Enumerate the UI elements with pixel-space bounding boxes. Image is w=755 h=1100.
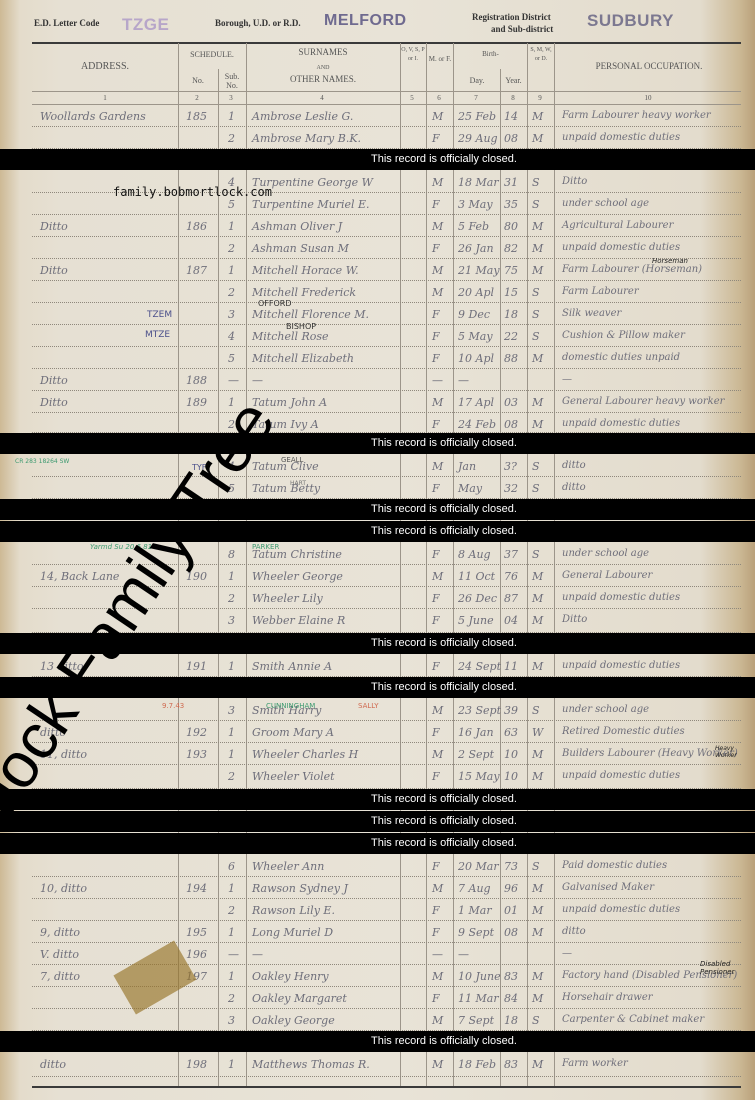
cell-ms: M (532, 992, 543, 1005)
cell-day: 7 Sept (458, 1014, 494, 1027)
cell-name: Mitchell Elizabeth (252, 352, 354, 365)
cell-day: 23 Sept (458, 704, 501, 717)
closed-record-bar: This record is officially closed. (0, 789, 755, 810)
cell-year: 35 (504, 198, 518, 211)
col-schedule-sub: Sub. No. (220, 72, 244, 90)
cell-sex: F (432, 726, 440, 739)
cell-sub: 4 (228, 330, 235, 343)
row-rule (32, 368, 741, 369)
cell-sub: 1 (228, 396, 235, 409)
cell-address: 14, Back Lane (40, 570, 119, 583)
cell-year: 08 (504, 418, 518, 431)
cell-ms: M (532, 396, 543, 409)
cell-day: 16 Jan (458, 726, 494, 739)
cell-sex: M (432, 1058, 443, 1071)
cell-sub: 1 (228, 748, 235, 761)
col-birth-day: Day. (454, 76, 500, 85)
cell-occ: Carpenter & Cabinet maker (562, 1014, 704, 1025)
cell-occ: Cushion & Pillow maker (562, 330, 685, 341)
cell-year: 83 (504, 970, 518, 983)
cell-day: Jan (458, 460, 476, 473)
cell-year: 04 (504, 614, 518, 627)
cell-year: 82 (504, 242, 518, 255)
cell-name: Ambrose Leslie G. (252, 110, 353, 123)
cell-sex: M (432, 396, 443, 409)
closed-record-bar: This record is officially closed. (0, 633, 755, 654)
cell-sex: F (432, 614, 440, 627)
cell-year: 76 (504, 570, 518, 583)
cell-day: 9 Sept (458, 926, 494, 939)
row-rule (32, 476, 741, 477)
cell-year: 10 (504, 748, 518, 761)
header-subrule (32, 91, 741, 92)
closed-record-text: This record is officially closed. (371, 677, 517, 698)
cell-sub: 3 (228, 614, 235, 627)
cell-sex: — (432, 948, 443, 961)
cell-occ: ditto (562, 482, 586, 493)
cell-ms: M (532, 352, 543, 365)
cell-name: Webber Elaine R (252, 614, 345, 627)
cell-sex: M (432, 176, 443, 189)
census-page: E.D. Letter Code TZGE Borough, U.D. or R… (0, 0, 755, 1100)
closed-record-text: This record is officially closed. (371, 433, 517, 454)
annotation-cr-note: CR 283 18264 SW (15, 458, 69, 465)
cell-sub: 1 (228, 882, 235, 895)
cell-occ: Galvanised Maker (562, 882, 654, 893)
col-sex: M. or F. (427, 55, 453, 64)
col-ovspi: O, V, S, P or I. (401, 46, 425, 64)
cell-occ: domestic duties unpaid (562, 352, 680, 363)
cell-sex: M (432, 286, 443, 299)
row-rule (32, 764, 741, 765)
cell-name: Mitchell Rose (252, 330, 329, 343)
cell-sub: 6 (228, 860, 235, 873)
cell-ms: M (532, 570, 543, 583)
cell-year: 3? (504, 460, 517, 473)
cell-occ: ditto (562, 460, 586, 471)
cell-ms: S (532, 704, 540, 717)
closed-record-text: This record is officially closed. (371, 789, 517, 810)
cell-name: Oakley Margaret (252, 992, 347, 1005)
footer-rule (32, 1086, 741, 1088)
row-rule (32, 742, 741, 743)
cell-name: Turpentine Muriel E. (252, 198, 370, 211)
cell-ms: M (532, 926, 543, 939)
cell-day: 11 Oct (458, 570, 495, 583)
cell-year: 31 (504, 176, 518, 189)
cell-occ: General Labourer (562, 570, 652, 581)
annotation-hart: HART (290, 480, 306, 487)
cell-ms: S (532, 330, 540, 343)
closed-record-bar: This record is officially closed. (0, 833, 755, 854)
cell-occ: Agricultural Labourer (562, 220, 673, 231)
cell-name: Wheeler Violet (252, 770, 335, 783)
cell-occ: Horsehair drawer (562, 992, 653, 1003)
cell-year: 22 (504, 330, 518, 343)
cell-sub: — (228, 374, 239, 387)
cell-occ: Ditto (562, 176, 587, 187)
cell-day: 7 Aug (458, 882, 491, 895)
row-rule (32, 898, 741, 899)
col-divider (218, 69, 219, 1086)
cell-sex: M (432, 460, 443, 473)
column-number: 1 (99, 94, 111, 103)
cell-sex: F (432, 418, 440, 431)
cell-ms: S (532, 308, 540, 321)
cell-sex: M (432, 220, 443, 233)
cell-sex: M (432, 748, 443, 761)
cell-ms: M (532, 264, 543, 277)
cell-no: 198 (186, 1058, 207, 1071)
row-rule (32, 280, 741, 281)
closed-record-bar: This record is officially closed. (0, 433, 755, 454)
annotation-tzem: TZEM (147, 310, 172, 320)
cell-year: 10 (504, 770, 518, 783)
cell-day: 10 June (458, 970, 501, 983)
cell-sex: F (432, 132, 440, 145)
cell-sub: 1 (228, 970, 235, 983)
row-rule (32, 1076, 741, 1077)
cell-occ: General Labourer heavy worker (562, 396, 724, 407)
cell-occ: unpaid domestic duties (562, 660, 680, 671)
cell-day: 5 June (458, 614, 494, 627)
cell-ms: M (532, 242, 543, 255)
annotation-geall: GEALL (281, 456, 303, 464)
col-schedule: SCHEDULE. (178, 50, 246, 59)
cell-occ: Retired Domestic duties (562, 726, 685, 737)
cell-sex: F (432, 330, 440, 343)
column-number: 2 (191, 94, 203, 103)
cell-sub: 2 (228, 992, 235, 1005)
cell-address: ditto (40, 1058, 66, 1071)
row-rule (32, 920, 741, 921)
row-rule (32, 608, 741, 609)
cell-year: 18 (504, 308, 518, 321)
closed-record-text: This record is officially closed. (371, 1031, 517, 1052)
cell-ms: S (532, 198, 540, 211)
annotation-sally: SALLY (358, 702, 379, 710)
closed-record-text: This record is officially closed. (371, 811, 517, 832)
cell-ms: M (532, 882, 543, 895)
cell-ms: M (532, 660, 543, 673)
row-rule (32, 258, 741, 259)
cell-no: 196 (186, 948, 207, 961)
cell-sub: 8 (228, 548, 235, 561)
ed-letter-code-label: E.D. Letter Code (34, 18, 99, 28)
cell-sub: 2 (228, 770, 235, 783)
col-address: ADDRESS. (60, 62, 150, 71)
cell-year: 03 (504, 396, 518, 409)
cell-sub: — (228, 948, 239, 961)
cell-year: 88 (504, 352, 518, 365)
cell-ms: S (532, 1014, 540, 1027)
cell-sex: M (432, 970, 443, 983)
col-other-names: OTHER NAMES. (246, 75, 400, 84)
cell-sex: F (432, 592, 440, 605)
closed-record-bar: This record is officially closed. (0, 521, 755, 542)
annotation-heavy-worker: Heavy Worker (715, 745, 743, 759)
annotation-date-1943: 9.7.43 (162, 702, 184, 710)
cell-occ: unpaid domestic duties (562, 904, 680, 915)
cell-year: 37 (504, 548, 518, 561)
cell-day: 18 Feb (458, 1058, 496, 1071)
cell-sub: 1 (228, 264, 235, 277)
row-rule (32, 126, 741, 127)
cell-ms: M (532, 220, 543, 233)
cell-day: 15 May (458, 770, 500, 783)
cell-address: 11, ditto (40, 748, 87, 761)
column-number: 4 (316, 94, 328, 103)
closed-record-text: This record is officially closed. (371, 149, 517, 170)
col-surnames: SURNAMES (246, 48, 400, 57)
row-rule (32, 302, 741, 303)
cell-sex: M (432, 110, 443, 123)
cell-year: 39 (504, 704, 518, 717)
cell-ms: S (532, 482, 540, 495)
cell-day: 26 Dec (458, 592, 497, 605)
cell-sex: M (432, 704, 443, 717)
cell-day: 3 May (458, 198, 493, 211)
col-birth-year: Year. (500, 76, 527, 85)
row-rule (32, 214, 741, 215)
row-rule (32, 412, 741, 413)
cell-year: 01 (504, 904, 518, 917)
cell-sex: F (432, 352, 440, 365)
row-rule (32, 346, 741, 347)
cell-address: Ditto (40, 264, 68, 277)
closed-record-text: This record is officially closed. (371, 833, 517, 854)
cell-name: Tatum Ivy A (252, 418, 319, 431)
cell-occ: unpaid domestic duties (562, 770, 680, 781)
closed-record-bar: This record is officially closed. (0, 811, 755, 832)
cell-occ: Farm Labourer (Horseman) (562, 264, 702, 275)
registration-stamp: SUDBURY (587, 11, 674, 31)
cell-name: Long Muriel D (252, 926, 333, 939)
cell-day: 5 Feb (458, 220, 489, 233)
cell-occ: under school age (562, 548, 649, 559)
cell-day: 11 Mar (458, 992, 499, 1005)
cell-ms: S (532, 860, 540, 873)
cell-name: Mitchell Horace W. (252, 264, 359, 277)
cell-day: 20 Apl (458, 286, 494, 299)
cell-year: 63 (504, 726, 518, 739)
cell-sub: 3 (228, 308, 235, 321)
col-surnames-and: AND (246, 64, 400, 73)
annotation-mtze: MTZE (145, 330, 170, 340)
cell-no: 185 (186, 110, 207, 123)
cell-no: 193 (186, 748, 207, 761)
tape-stain (113, 941, 196, 1015)
cell-ms: W (532, 726, 543, 739)
cell-sex: F (432, 198, 440, 211)
annotation-cunningham: CUNNINGHAM (266, 702, 315, 710)
column-number: 10 (642, 94, 654, 103)
cell-sub: 2 (228, 418, 235, 431)
cell-year: 08 (504, 926, 518, 939)
closed-record-bar: This record is officially closed. (0, 677, 755, 698)
cell-day: 2 Sept (458, 748, 494, 761)
cell-sub: 5 (228, 198, 235, 211)
cell-year: 18 (504, 1014, 518, 1027)
cell-no: 189 (186, 396, 207, 409)
closed-record-bar: This record is officially closed. (0, 149, 755, 170)
col-marital: S, M, W, or D. (528, 46, 554, 64)
cell-address: 10, ditto (40, 882, 87, 895)
cell-day: 24 Sept (458, 660, 501, 673)
cell-address: Ditto (40, 220, 68, 233)
annotation-parker: PARKER (252, 543, 279, 551)
cell-day: — (458, 374, 469, 387)
column-number: 8 (507, 94, 519, 103)
closed-record-text: This record is officially closed. (371, 499, 517, 520)
cell-name: Tatum Betty (252, 482, 320, 495)
cell-occ: unpaid domestic duties (562, 418, 680, 429)
row-rule (32, 564, 741, 565)
annotation-bishop: BISHOP (286, 322, 316, 331)
cell-name: Wheeler Lily (252, 592, 323, 605)
col-occupation: PERSONAL OCCUPATION. (554, 62, 744, 71)
cell-sex: F (432, 860, 440, 873)
cell-ms: S (532, 176, 540, 189)
row-rule (32, 876, 741, 877)
cell-sub: 1 (228, 660, 235, 673)
row-rule (32, 942, 741, 943)
annotation-yarmouth: Yarmd Su 20.6.81 (90, 543, 152, 551)
cell-ms: M (532, 770, 543, 783)
cell-address: ditto (40, 726, 66, 739)
cell-ms: S (532, 460, 540, 473)
cell-no: 187 (186, 264, 207, 277)
cell-sub: 1 (228, 570, 235, 583)
cell-day: 10 Apl (458, 352, 494, 365)
cell-address: 13 ditto (40, 660, 84, 673)
cell-no: 191 (186, 660, 207, 673)
cell-day: 5 May (458, 330, 493, 343)
cell-ms: M (532, 592, 543, 605)
cell-occ: under school age (562, 198, 649, 209)
cell-day: 9 Dec (458, 308, 490, 321)
cell-no: 188 (186, 374, 207, 387)
closed-record-text: This record is officially closed. (371, 521, 517, 542)
cell-ms: M (532, 418, 543, 431)
cell-year: 73 (504, 860, 518, 873)
column-number: 3 (225, 94, 237, 103)
cell-sex: F (432, 770, 440, 783)
cell-no: 194 (186, 882, 207, 895)
cell-name: Oakley Henry (252, 970, 329, 983)
cell-sex: F (432, 482, 440, 495)
annotation-horseman: Horseman (652, 257, 688, 265)
cell-ms: M (532, 1058, 543, 1071)
cell-day: 26 Jan (458, 242, 494, 255)
cell-day: 25 Feb (458, 110, 496, 123)
cell-ms: M (532, 970, 543, 983)
cell-day: 20 Mar (458, 860, 499, 873)
cell-no: 195 (186, 926, 207, 939)
cell-sub: 2 (228, 592, 235, 605)
cell-occ: unpaid domestic duties (562, 132, 680, 143)
cell-address: V. ditto (40, 948, 79, 961)
cell-day: 24 Feb (458, 418, 496, 431)
column-number: 9 (534, 94, 546, 103)
cell-address: Ditto (40, 396, 68, 409)
cell-sex: M (432, 264, 443, 277)
cell-day: 8 Aug (458, 548, 491, 561)
cell-sex: F (432, 926, 440, 939)
row-rule (32, 324, 741, 325)
cell-sub: 3 (228, 704, 235, 717)
cell-occ: unpaid domestic duties (562, 592, 680, 603)
cell-year: 15 (504, 286, 518, 299)
cell-no: 186 (186, 220, 207, 233)
cell-year: 75 (504, 264, 518, 277)
column-number: 5 (406, 94, 418, 103)
cell-year: 08 (504, 132, 518, 145)
cell-year: 80 (504, 220, 518, 233)
cell-occ: — (562, 948, 572, 959)
col-schedule-no: No. (178, 76, 218, 85)
cell-occ: Builders Labourer (Heavy Worker) (562, 748, 738, 759)
cell-day: May (458, 482, 482, 495)
cell-name: — (252, 948, 263, 961)
cell-ms: M (532, 132, 543, 145)
row-rule (32, 586, 741, 587)
cell-sex: F (432, 904, 440, 917)
column-number: 6 (433, 94, 445, 103)
cell-sex: — (432, 374, 443, 387)
cell-ms: M (532, 748, 543, 761)
registration-label-2: and Sub-district (491, 24, 553, 34)
cell-sub: 1 (228, 220, 235, 233)
cell-year: 96 (504, 882, 518, 895)
cell-sub: 2 (228, 242, 235, 255)
cell-sub: 1 (228, 726, 235, 739)
cell-ms: M (532, 110, 543, 123)
cell-occ: under school age (562, 704, 649, 715)
cell-name: Tatum John A (252, 396, 327, 409)
cell-day: 1 Mar (458, 904, 492, 917)
cell-year: 14 (504, 110, 518, 123)
cell-year: 11 (504, 660, 518, 673)
annotation-tyf: TYF (192, 463, 206, 472)
cell-name: Wheeler Ann (252, 860, 324, 873)
cell-name: Ashman Oliver J (252, 220, 342, 233)
cell-sex: M (432, 1014, 443, 1027)
cell-sub: 5 (228, 352, 235, 365)
cell-address: Woollards Gardens (40, 110, 146, 123)
cell-name: Rawson Lily E. (252, 904, 335, 917)
cell-sex: F (432, 992, 440, 1005)
closed-record-bar: This record is officially closed. (0, 499, 755, 520)
watermark-url: family.bobmortlock.com (113, 185, 272, 199)
cell-occ: Paid domestic duties (562, 860, 667, 871)
cell-address: Ditto (40, 374, 68, 387)
cell-sub: 3 (228, 1014, 235, 1027)
cell-day: — (458, 948, 469, 961)
cell-sex: F (432, 242, 440, 255)
cell-name: Mitchell Florence M. (252, 308, 369, 321)
cell-occ: Ditto (562, 614, 587, 625)
cell-name: Rawson Sydney J (252, 882, 348, 895)
col-divider (500, 69, 501, 1086)
cell-sex: M (432, 570, 443, 583)
borough-label: Borough, U.D. or R.D. (215, 18, 301, 28)
cell-no: 192 (186, 726, 207, 739)
closed-record-bar: This record is officially closed. (0, 1031, 755, 1052)
cell-occ: — (562, 374, 572, 385)
cell-sub: 1 (228, 926, 235, 939)
closed-record-text: This record is officially closed. (371, 633, 517, 654)
